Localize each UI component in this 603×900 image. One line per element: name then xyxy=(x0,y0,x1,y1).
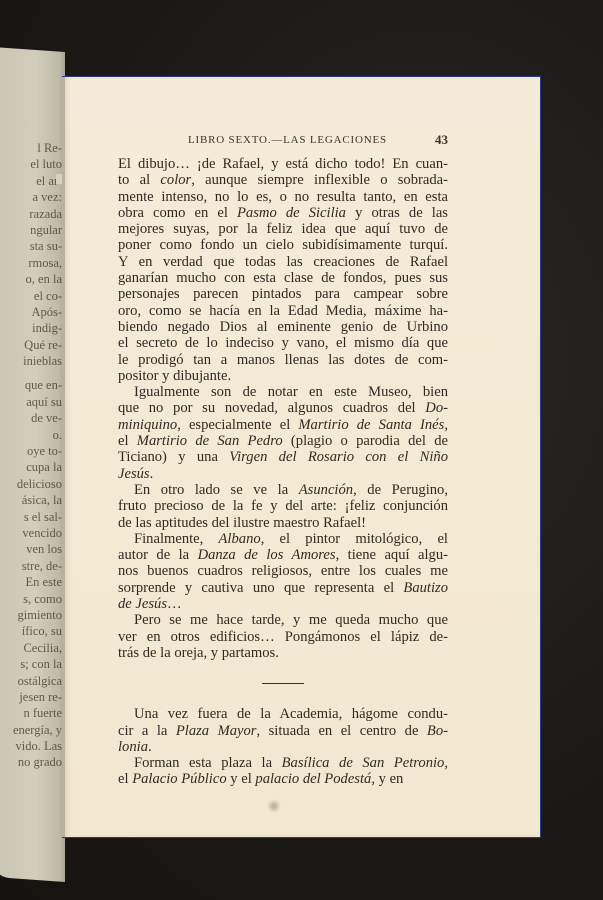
text-line: el Martirio de San Pedro (plagio o parod… xyxy=(118,433,448,449)
text-line: autor de la Danza de los Amores, tiene a… xyxy=(118,547,448,563)
left-page-line: inieblas xyxy=(0,353,62,369)
left-page-line: s el sal- xyxy=(0,509,62,525)
page-tab-mark xyxy=(56,174,62,184)
left-page-line: Cecilia, xyxy=(0,640,62,656)
text-line: mejores suyas, por la feliz idea que aqu… xyxy=(118,221,448,237)
page-body: El dibujo… ¡de Rafael, y está dicho todo… xyxy=(118,156,448,788)
left-page-line: rmosa, xyxy=(0,255,62,271)
left-page-line: ven los xyxy=(0,541,62,557)
text-line: poner como fondo un cielo subidísimament… xyxy=(118,237,448,253)
left-page-line: a vez: xyxy=(0,189,62,205)
left-page-line: o. xyxy=(0,427,62,443)
paragraph: Igualmente son de notar en este Museo, b… xyxy=(118,384,448,482)
section-divider xyxy=(262,683,304,684)
text-line: Finalmente, Albano, el pintor mitológico… xyxy=(118,531,448,547)
text-line: mente intenso, no lo es, o no resulta ta… xyxy=(118,189,448,205)
left-page-line: ostálgica xyxy=(0,673,62,689)
left-page-line: vencido xyxy=(0,525,62,541)
text-line: le prodigó tan a manos llenas las dotes … xyxy=(118,352,448,368)
text-line: ganarían mucho con esta clase de fondos,… xyxy=(118,270,448,286)
paragraph: El dibujo… ¡de Rafael, y está dicho todo… xyxy=(118,156,448,384)
text-line: lonia. xyxy=(118,739,448,755)
left-page-line: el co- xyxy=(0,288,62,304)
left-page-line: sta su- xyxy=(0,238,62,254)
text-line: biendo negado Dios al eminente genio de … xyxy=(118,319,448,335)
left-page-line: aquí su xyxy=(0,394,62,410)
left-page-line: stre, de- xyxy=(0,558,62,574)
text-line: ver en otros edificios… Pongámonos el lá… xyxy=(118,629,448,645)
text-line: nos buenos cuadros religiosos, entre los… xyxy=(118,563,448,579)
left-page-line: o, en la xyxy=(0,271,62,287)
text-line: fruto precioso de la fe y del arte: ¡fel… xyxy=(118,498,448,514)
left-page-line: de ve- xyxy=(0,410,62,426)
left-page-line: que en- xyxy=(0,377,62,393)
left-page-line: el ar- xyxy=(0,173,62,189)
left-page-text: l Re-el lutoel ar-a vez:razadangularsta … xyxy=(0,140,62,771)
text-line: de Jesús… xyxy=(118,596,448,612)
left-page-line: gimiento xyxy=(0,607,62,623)
left-page-line: razada xyxy=(0,206,62,222)
left-page-line: s, como xyxy=(0,591,62,607)
left-page-line: energía, y xyxy=(0,722,62,738)
left-page-line: vido. Las xyxy=(0,738,62,754)
paper-speck xyxy=(267,797,281,815)
paragraph: Pero se me hace tarde, y me queda mucho … xyxy=(118,612,448,661)
paragraph: En otro lado se ve la Asunción, de Perug… xyxy=(118,482,448,531)
left-page-line: delicioso xyxy=(0,476,62,492)
text-line: Y en verdad que todas las creaciones de … xyxy=(118,254,448,270)
text-line: cir a la Plaza Mayor, situada en el cent… xyxy=(118,723,448,739)
left-page-line xyxy=(0,369,62,377)
text-line: to al color, aunque siempre inflexible o… xyxy=(118,172,448,188)
text-line: Forman esta plaza la Basílica de San Pet… xyxy=(118,755,448,771)
left-page-line: jesen re- xyxy=(0,689,62,705)
text-line: Pero se me hace tarde, y me queda mucho … xyxy=(118,612,448,628)
left-page-line: ífico, su xyxy=(0,623,62,639)
book-page: LIBRO SEXTO.—LAS LEGACIONES 43 El dibujo… xyxy=(62,76,541,838)
left-page-line: cupa la xyxy=(0,459,62,475)
text-line: Ticiano) y una Virgen del Rosario con el… xyxy=(118,449,448,465)
left-page-line: oye to- xyxy=(0,443,62,459)
text-line: sorprende y cautiva uno que representa e… xyxy=(118,580,448,596)
text-line: miniquino, especialmente el Martirio de … xyxy=(118,417,448,433)
left-page-line: Após- xyxy=(0,304,62,320)
text-line: Una vez fuera de la Academia, hágome con… xyxy=(118,706,448,722)
paragraph: Una vez fuera de la Academia, hágome con… xyxy=(118,706,448,755)
left-page-line: En este xyxy=(0,574,62,590)
text-line: Jesús. xyxy=(118,466,448,482)
text-line: el secreto de lo indeciso y vano, el mis… xyxy=(118,335,448,351)
text-line: Igualmente son de notar en este Museo, b… xyxy=(118,384,448,400)
text-line: que no por su novedad, algunos cuadros d… xyxy=(118,400,448,416)
text-line: El dibujo… ¡de Rafael, y está dicho todo… xyxy=(118,156,448,172)
left-page-line: s; con la xyxy=(0,656,62,672)
text-line: positor y dibujante. xyxy=(118,368,448,384)
left-page-line: Qué re- xyxy=(0,337,62,353)
left-page-line: no grado xyxy=(0,754,62,770)
left-page-line: indig- xyxy=(0,320,62,336)
page-number: 43 xyxy=(435,132,448,148)
left-page-line: el luto xyxy=(0,156,62,172)
left-page-line: ásica, la xyxy=(0,492,62,508)
left-page-line: n fuerte xyxy=(0,705,62,721)
running-head: LIBRO SEXTO.—LAS LEGACIONES xyxy=(188,134,387,146)
text-line: oro, como se hacía en la Edad Media, máx… xyxy=(118,303,448,319)
left-page-line: l Re- xyxy=(0,140,62,156)
text-line: el Palacio Público y el palacio del Pode… xyxy=(118,771,448,787)
text-line: de las aptitudes del ilustre maestro Raf… xyxy=(118,515,448,531)
paragraph: Forman esta plaza la Basílica de San Pet… xyxy=(118,755,448,788)
text-line: personajes parecen pintados para campear… xyxy=(118,286,448,302)
paragraph: Finalmente, Albano, el pintor mitológico… xyxy=(118,531,448,612)
page-header: LIBRO SEXTO.—LAS LEGACIONES 43 xyxy=(118,134,448,150)
page-gutter xyxy=(62,77,65,837)
text-line: En otro lado se ve la Asunción, de Perug… xyxy=(118,482,448,498)
text-line: trás de la oreja, y partamos. xyxy=(118,645,448,661)
left-page-line: ngular xyxy=(0,222,62,238)
text-line: obra como en el Pasmo de Sicilia y otras… xyxy=(118,205,448,221)
